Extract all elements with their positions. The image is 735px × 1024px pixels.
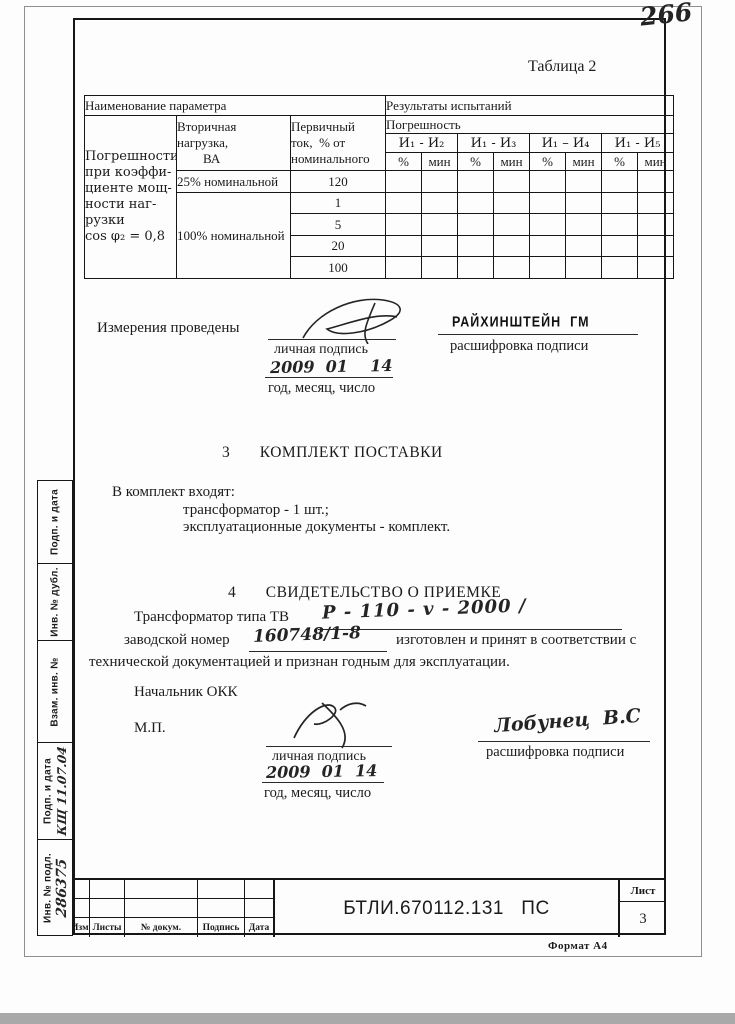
sidebar-cell-podp-i-data-1: Подп. и дата: [37, 480, 73, 564]
unit-min: мин: [638, 153, 674, 171]
empty-result-cell: [602, 193, 638, 214]
empty-result-cell: [386, 236, 422, 257]
okk-decode-caption: расшифровка подписи: [486, 744, 624, 761]
serial-underline: [249, 651, 387, 652]
unit-min: мин: [422, 153, 458, 171]
load-100-cell: 100% номинальной: [177, 193, 291, 279]
grid-cell: [125, 880, 198, 899]
okk-decode-line: [478, 741, 650, 742]
measurements-label: Измерения проведены: [97, 320, 239, 337]
empty-result-cell: [566, 193, 602, 214]
empty-result-cell: [566, 171, 602, 193]
empty-result-cell: [422, 193, 458, 214]
empty-result-cell: [530, 257, 566, 279]
header-secondary-load: Вторичная нагрузка, ВА: [177, 116, 291, 171]
signature-2: [284, 696, 376, 750]
header-error-conditions: Погрешности при коэффи- циенте мощ- ност…: [85, 116, 177, 279]
empty-result-cell: [494, 171, 530, 193]
empty-result-cell: [494, 214, 530, 236]
section-3-heading: 3 КОМПЛЕКТ ПОСТАВКИ: [222, 444, 443, 462]
empty-result-cell: [566, 214, 602, 236]
empty-result-cell: [458, 257, 494, 279]
acceptance-text-1: изготовлен и принят в соответствии с: [396, 632, 636, 649]
document-number: БТЛИ.670112.131 ПС: [273, 880, 620, 937]
header-parameter-name: Наименование параметра: [85, 96, 386, 116]
grid-cell: [198, 880, 245, 899]
empty-result-cell: [422, 171, 458, 193]
current-5-cell: 5: [291, 214, 386, 236]
empty-result-cell: [638, 214, 674, 236]
corner-page-number-handwritten: 266: [639, 0, 694, 32]
results-table: Наименование параметра Результаты испыта…: [84, 95, 674, 279]
empty-result-cell: [386, 171, 422, 193]
serial-number-handwritten: 160748/1-8: [253, 623, 362, 647]
unit-percent: %: [386, 153, 422, 171]
empty-result-cell: [458, 214, 494, 236]
date-caption: год, месяц, число: [268, 380, 375, 397]
empty-result-cell: [530, 171, 566, 193]
load-25-cell: 25% номинальной: [177, 171, 291, 193]
kit-intro: В комплект входят:: [112, 484, 235, 501]
header-pair-i1-i3: И₁ - И₃: [458, 134, 530, 153]
revision-grid: Изм. Листы № докум. Подпись Дата: [73, 880, 273, 937]
current-100-cell: 100: [291, 257, 386, 279]
stamp-place-label: М.П.: [134, 720, 166, 737]
empty-result-cell: [422, 214, 458, 236]
sidebar-label: Подп. и дата: [43, 758, 54, 824]
empty-result-cell: [602, 257, 638, 279]
section-3-title: КОМПЛЕКТ ПОСТАВКИ: [260, 444, 443, 462]
scanned-document-page: 266 Таблица 2 Наименование параметра Рез…: [0, 0, 735, 1024]
empty-result-cell: [386, 193, 422, 214]
col-data-label: Дата: [245, 918, 273, 937]
grid-cell: [73, 899, 90, 918]
stamp-line: [438, 334, 638, 335]
current-1-cell: 1: [291, 193, 386, 214]
header-primary-current: Первичный ток, % от номинального: [291, 116, 386, 171]
signature-decode-caption: расшифровка подписи: [450, 338, 588, 355]
grid-cell: [90, 880, 125, 899]
empty-result-cell: [638, 236, 674, 257]
empty-result-cell: [494, 236, 530, 257]
empty-result-cell: [458, 171, 494, 193]
inventory-number-handwritten: 286375: [54, 857, 70, 918]
col-listy-label: Листы: [90, 918, 125, 937]
measurement-date-handwritten: 2009 01 14: [270, 356, 393, 377]
grid-cell: [125, 899, 198, 918]
kit-item-transformer: трансформатор - 1 шт.;: [183, 502, 329, 519]
empty-result-cell: [458, 236, 494, 257]
unit-percent: %: [602, 153, 638, 171]
col-dokum-label: № докум.: [125, 918, 198, 937]
col-podpis-label: Подпись: [198, 918, 245, 937]
empty-result-cell: [422, 257, 458, 279]
header-test-results: Результаты испытаний: [386, 96, 674, 116]
acceptance-text-2: технической документацией и признан годн…: [89, 654, 510, 671]
empty-result-cell: [494, 257, 530, 279]
empty-result-cell: [638, 171, 674, 193]
empty-result-cell: [530, 214, 566, 236]
date-underline: [265, 377, 393, 378]
signature-1: [295, 294, 413, 344]
sidebar-label: Инв. № подл.: [43, 853, 54, 923]
empty-result-cell: [494, 193, 530, 214]
kit-item-documents: эксплуатационные документы - комплект.: [183, 519, 450, 536]
okk-date-caption: год, месяц, число: [264, 785, 371, 802]
okk-date-underline: [262, 782, 384, 783]
empty-result-cell: [386, 257, 422, 279]
unit-percent: %: [458, 153, 494, 171]
okk-date-handwritten: 2009 01 14: [266, 761, 378, 782]
empty-result-cell: [530, 193, 566, 214]
sidebar-cell-inv-dubl: Инв. № дубл.: [37, 563, 73, 641]
sidebar-cell-vzam-inv: Взам. инв. №: [37, 640, 73, 743]
header-error: Погрешность: [386, 116, 674, 134]
current-120-cell: 120: [291, 171, 386, 193]
serial-number-prefix: заводской номер: [124, 632, 230, 649]
format-note: Формат А4: [548, 940, 608, 952]
empty-result-cell: [458, 193, 494, 214]
unit-percent: %: [530, 153, 566, 171]
table-caption: Таблица 2: [528, 58, 596, 76]
empty-result-cell: [566, 236, 602, 257]
header-pair-i1-i4: И₁ – И₄: [530, 134, 602, 153]
grid-cell: [90, 899, 125, 918]
grid-cell: [245, 899, 273, 918]
header-pair-i1-i2: И₁ - И₂: [386, 134, 458, 153]
type-underline: [318, 629, 622, 630]
sidebar-cell-podp-i-data-2: Подп. и дата КЩ 11.07.04: [37, 742, 73, 840]
empty-result-cell: [602, 171, 638, 193]
empty-result-cell: [602, 236, 638, 257]
current-20-cell: 20: [291, 236, 386, 257]
okk-chief-label: Начальник ОКК: [134, 684, 237, 701]
empty-result-cell: [638, 193, 674, 214]
empty-result-cell: [602, 214, 638, 236]
header-pair-i1-i5: И₁ - И₅: [602, 134, 674, 153]
sheet-label: Лист: [620, 880, 666, 902]
sidebar-label: Взам. инв. №: [50, 657, 61, 726]
grid-cell: [73, 880, 90, 899]
transformer-type-prefix: Трансформатор типа ТВ: [134, 609, 289, 626]
empty-result-cell: [530, 236, 566, 257]
sheet-box: Лист 3: [620, 880, 666, 937]
col-izm-label: Изм.: [73, 918, 90, 937]
section-4-number: 4: [228, 584, 236, 602]
sidebar-cell-inv-podl: Инв. № подл. 286375: [37, 839, 73, 936]
sidebar-label: Инв. № дубл.: [50, 567, 61, 637]
sidebar-date-handwritten: КЩ 11.07.04: [55, 745, 69, 836]
unit-min: мин: [566, 153, 602, 171]
name-stamp: РАЙХИНШТЕЙН ГМ: [452, 314, 590, 330]
unit-min: мин: [494, 153, 530, 171]
empty-result-cell: [566, 257, 602, 279]
empty-result-cell: [638, 257, 674, 279]
empty-result-cell: [386, 214, 422, 236]
grid-cell: [245, 880, 273, 899]
title-block: Изм. Листы № докум. Подпись Дата БТЛИ.67…: [73, 878, 666, 935]
signature-line: [268, 339, 396, 340]
sheet-number: 3: [620, 902, 666, 937]
section-3-number: 3: [222, 444, 230, 462]
grid-cell: [198, 899, 245, 918]
sidebar-label: Подп. и дата: [50, 489, 61, 555]
empty-result-cell: [422, 236, 458, 257]
okk-signature-line: [266, 746, 392, 747]
scan-edge-strip: [0, 1013, 735, 1024]
